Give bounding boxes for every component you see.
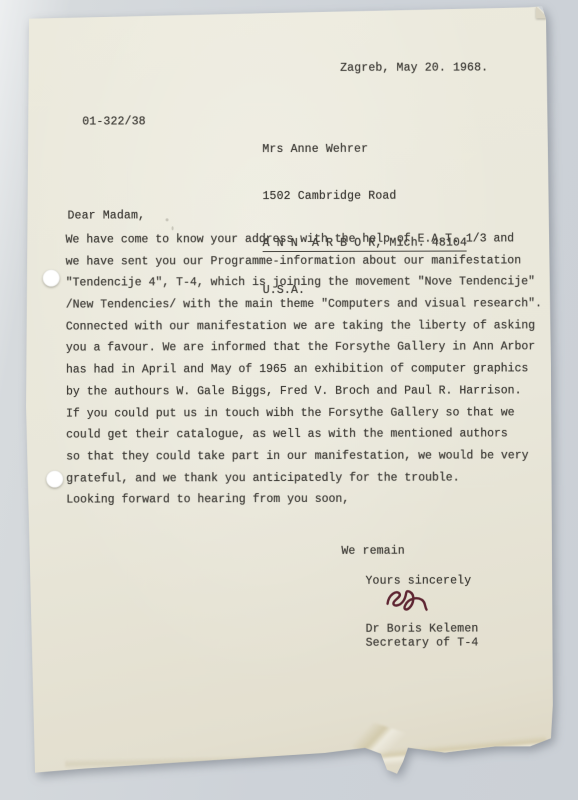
recipient-street: 1502 Cambridge Road [262,186,467,208]
body-line: "Tendencije 4", T-4, which is joining th… [66,276,542,299]
recipient-name: Mrs Anne Wehrer [262,139,467,161]
body-line: so that they could take part in our mani… [66,449,542,472]
punch-hole-top [43,270,60,287]
signer-name: Dr Boris Kelemen [366,623,479,636]
body-line: you a favour. We are informed that the F… [66,341,542,364]
reference-number: 01-322/38 [82,115,146,128]
dateline: Zagreb, May 20. 1968. [340,61,488,74]
paper-speck [172,226,174,230]
body-line: could get their catalogue, as well as wi… [66,428,542,451]
bottom-crease [357,735,548,768]
signature-stroke [388,591,427,610]
body-line: has had in April and May of 1965 an exhi… [66,362,542,385]
scan-background: Zagreb, May 20. 1968. 01-322/38 Mrs Anne… [0,0,578,800]
punch-hole-bottom [46,471,63,488]
closing-we-remain: We remain [341,545,405,558]
salutation: Dear Madam, [68,209,146,222]
corner-fold [536,6,548,18]
letter-paper: Zagreb, May 20. 1968. 01-322/38 Mrs Anne… [23,5,555,776]
tear-fold [342,715,408,762]
body-line: by the authours W. Gale Biggs, Fred V. B… [66,384,542,407]
signer-title: Secretary of T-4 [366,637,479,650]
letter-page: Zagreb, May 20. 1968. 01-322/38 Mrs Anne… [23,5,555,776]
body-line: Looking forward to hearing from you soon… [66,493,542,516]
body-line: grateful, and we thank you anticipatedly… [66,471,542,494]
body-line: We have come to know your address with t… [66,232,542,255]
paper-speck [166,218,169,221]
signature-mark [381,586,433,620]
body-line: Connected with our manifestation we are … [66,319,542,342]
body-line: If you could put us in touch wibh the Fo… [66,406,542,429]
letter-body: We have come to know your address with t… [66,232,543,515]
body-line: we have sent you our Programme-informati… [66,254,542,277]
bottom-crease-left [65,753,365,769]
body-line: /New Tendencies/ with the main theme "Co… [66,297,542,320]
